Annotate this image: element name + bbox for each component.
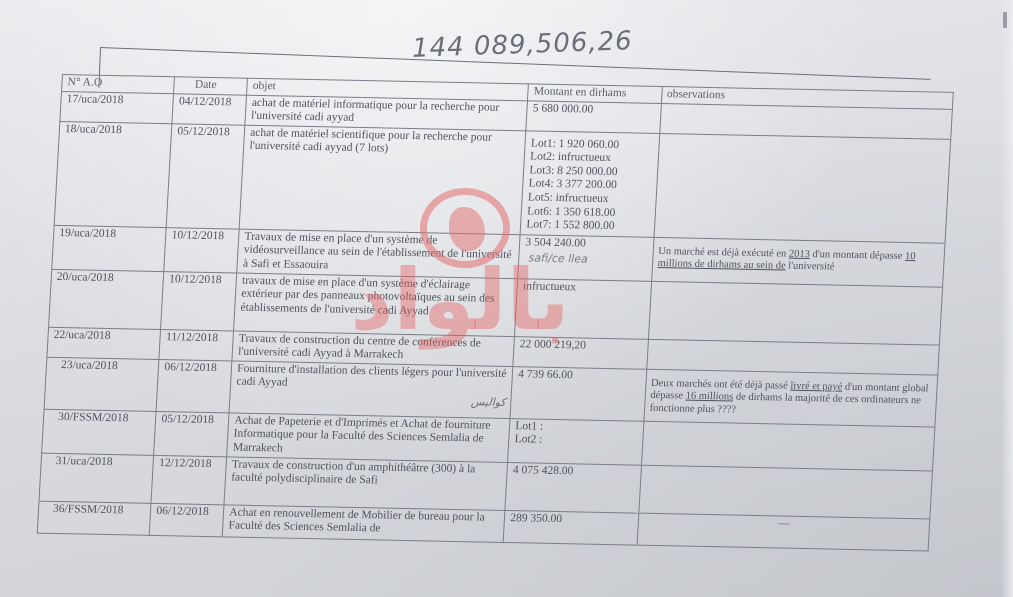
edge-mark	[1003, 12, 1007, 28]
obs-year: 2013	[789, 248, 811, 259]
cell-date: 11/12/2018	[159, 329, 234, 361]
lot-line: Lot7: 1 552 800.00	[526, 218, 649, 234]
cell-montant: 289 350.00	[503, 510, 638, 545]
cell-date: 06/12/2018	[150, 503, 225, 536]
handwritten-note: كواليس	[235, 391, 506, 409]
cell-observations	[641, 421, 935, 471]
cell-objet: Travaux de construction d'un amphithéâtr…	[224, 457, 508, 511]
cell-date: 05/12/2018	[154, 411, 229, 456]
cell-num-ao: 18/uca/2018	[54, 121, 172, 227]
table-container: N° A.O Date objet Montant en dirhams obs…	[37, 74, 954, 551]
cell-num-ao: 17/uca/2018	[60, 91, 174, 123]
cell-montant: 4 075 428.00	[505, 462, 641, 513]
cell-montant: 3 504 240.00 safi/ce llea	[518, 234, 654, 281]
cell-objet: achat de matériel scientifique pour la r…	[239, 125, 526, 235]
cell-montant-lots: Lot1: 1 920 060.00 Lot2: infructueux Lot…	[520, 131, 659, 238]
objet-text: Fourniture d'installation des clients lé…	[236, 362, 507, 389]
cell-objet: Achat en renouvellement de Mobilier de b…	[222, 505, 505, 543]
cell-num-ao: 36/FSSM/2018	[37, 501, 151, 535]
cell-num-ao: 30/FSSM/2018	[42, 409, 157, 455]
lot-line: Lot2 :	[514, 434, 637, 450]
cell-montant: 22 000 219,20	[513, 336, 648, 369]
cell-observations	[638, 465, 932, 519]
cell-objet: Travaux de mise en place d'un système de…	[237, 229, 520, 279]
obs-text: Un marché est déjà exécuté en	[658, 246, 789, 260]
cell-date: 10/12/2018	[164, 227, 239, 272]
cell-date: 05/12/2018	[167, 123, 246, 228]
obs-livre: livré et payé	[790, 380, 842, 392]
cell-date: 12/12/2018	[151, 455, 226, 504]
cell-num-ao: 19/uca/2018	[52, 225, 167, 271]
cell-montant: infructueux	[515, 278, 651, 339]
cell-date: 06/12/2018	[156, 359, 232, 412]
handwritten-total: 144 089,506,26	[412, 26, 634, 64]
cell-montant: 4 739 66.00	[510, 366, 646, 421]
obs-text: l'université	[785, 261, 834, 273]
cell-observations	[654, 133, 951, 243]
obs-text: d'un montant dépasse	[810, 249, 906, 262]
tenders-table: N° A.O Date objet Montant en dirhams obs…	[37, 74, 954, 551]
cell-observations	[648, 281, 943, 345]
obs-amount: 16 millions	[685, 391, 733, 403]
cell-observations: Un marché est déjà exécuté en 2013 d'un …	[651, 237, 945, 287]
cell-observations: Deux marchés ont été déjà passé livré et…	[643, 369, 937, 427]
cell-num-ao: 22/uca/2018	[47, 327, 161, 359]
cell-observations: —	[637, 513, 930, 551]
cell-date: 10/12/2018	[161, 271, 237, 330]
handwritten-note: safi/ce llea	[528, 253, 647, 268]
header-date: Date	[174, 77, 248, 95]
cell-objet: travaux de mise en place d'un système d'…	[234, 273, 518, 337]
obs-text: Deux marchés ont été déjà passé	[651, 378, 791, 392]
dash-mark: —	[643, 515, 924, 534]
cell-objet: Fourniture d'installation des clients lé…	[229, 361, 513, 419]
table-row: 18/uca/2018 05/12/2018 achat de matériel…	[54, 121, 951, 243]
cell-num-ao: 31/uca/2018	[39, 453, 154, 503]
cell-montant-lots: Lot1 : Lot2 :	[508, 418, 644, 465]
paper-edge	[1001, 0, 1013, 597]
cell-objet: Achat de Papeterie et d'Imprimés et Acha…	[227, 413, 510, 463]
cell-montant: 5 680 000.00	[526, 100, 661, 133]
amount-value: 3 504 240.00	[525, 236, 586, 249]
cell-date: 04/12/2018	[172, 93, 247, 125]
cell-num-ao: 20/uca/2018	[49, 269, 165, 329]
cell-num-ao: 23/uca/2018	[44, 357, 159, 411]
